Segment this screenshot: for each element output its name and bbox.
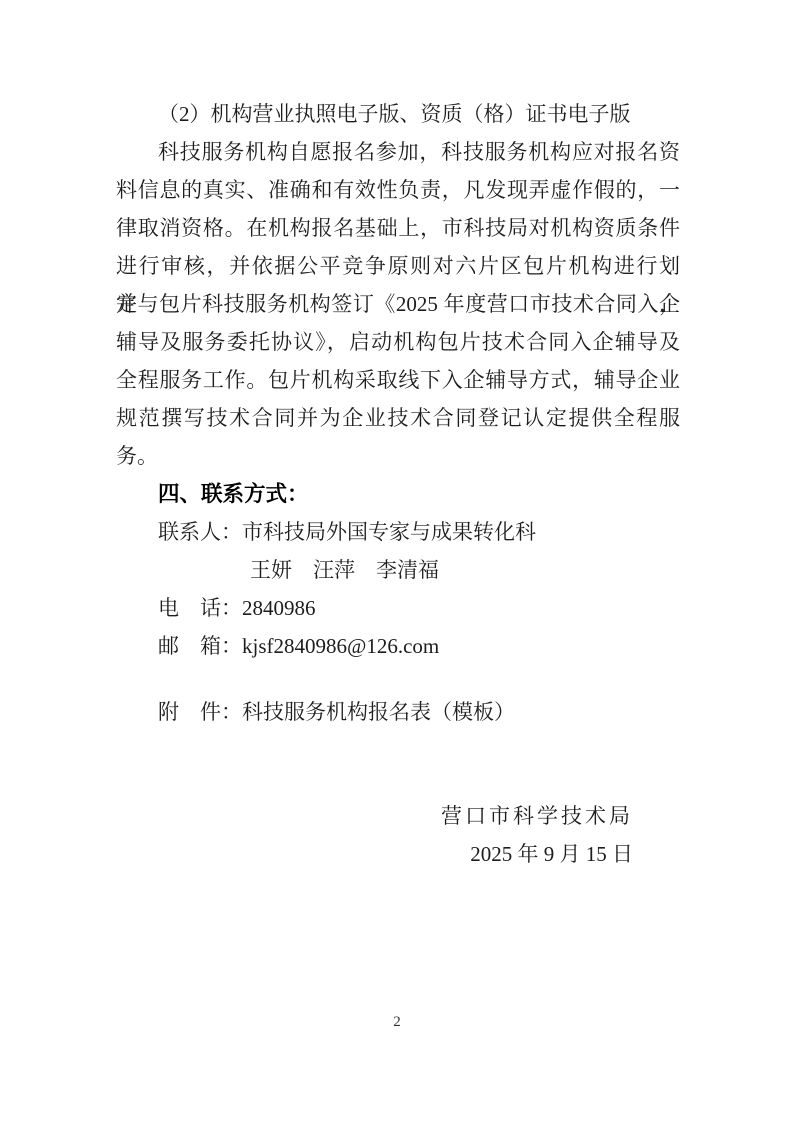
paragraph-line: 全程服务工作。包片机构采取线下入企辅导方式，辅导企业 [116, 361, 680, 399]
paragraph-line: 规范撰写技术合同并为企业技术合同登记认定提供全程服 [116, 399, 680, 437]
page-number: 2 [0, 1012, 794, 1032]
contact-names-line: 王妍 汪萍 李清福 [116, 551, 680, 589]
contact-email-line: 邮 箱：kjsf2840986@126.com [116, 627, 680, 665]
signature-block: 营口市科学技术局 2025 年 9 月 15 日 [116, 797, 680, 873]
paragraph-line: 律取消资格。在机构报名基础上，市科技局对机构资质条件 [116, 209, 680, 247]
blank-space [116, 731, 680, 797]
blank-line [116, 665, 680, 693]
paragraph-line: 科技服务机构自愿报名参加，科技服务机构应对报名资 [116, 133, 680, 171]
paragraph-line: 务。 [116, 437, 680, 475]
document-content: （2）机构营业执照电子版、资质（格）证书电子版 科技服务机构自愿报名参加，科技服… [116, 95, 680, 873]
paragraph-line: 进行审核，并依据公平竞争原则对六片区包片机构进行划定， [116, 247, 680, 285]
paragraph-line: 料信息的真实、准确和有效性负责，凡发现弄虚作假的，一 [116, 171, 680, 209]
contact-person-line: 联系人：市科技局外国专家与成果转化科 [116, 513, 680, 551]
paragraph-line: 辅导及服务委托协议》，启动机构包片技术合同入企辅导及 [116, 323, 680, 361]
attachment-line: 附 件：科技服务机构报名表（模板） [116, 693, 680, 731]
signature-date: 2025 年 9 月 15 日 [116, 835, 633, 873]
document-page: （2）机构营业执照电子版、资质（格）证书电子版 科技服务机构自愿报名参加，科技服… [0, 0, 794, 1123]
paragraph-line: 并与包片科技服务机构签订《2025 年度营口市技术合同入企 [116, 285, 680, 323]
section-heading: 四、联系方式： [116, 475, 680, 513]
sub-item-line: （2）机构营业执照电子版、资质（格）证书电子版 [116, 95, 680, 133]
contact-phone-line: 电 话：2840986 [116, 589, 680, 627]
signature-org: 营口市科学技术局 [116, 797, 633, 835]
